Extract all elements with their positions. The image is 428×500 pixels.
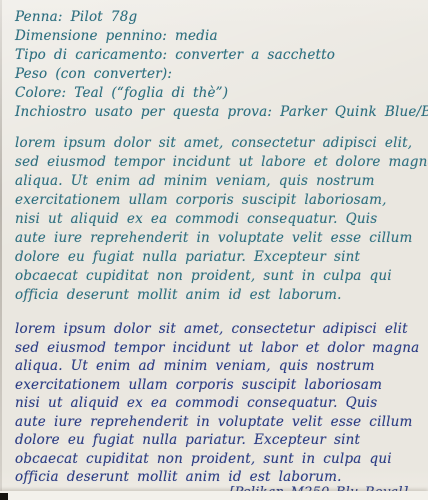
pen-info-line-weight: Peso (con converter): [15,65,420,84]
pen-info-line-pen: Penna: Pilot 78g [15,8,420,27]
pen-info-line-nib-size: Dimensione pennino: media [15,27,420,46]
teal-sample-line: aute iure reprehenderit in voluptate vel… [15,229,420,248]
blue-sample-line: exercitationem ullam corporis suscipit l… [15,376,420,395]
pen-info-line-color: Colore: Teal (“foglia di thè”) [15,84,420,103]
teal-sample-line: obcaecat cupiditat non proident, sunt in… [15,267,420,286]
teal-sample-line: lorem ipsum dolor sit amet, consectetur … [15,134,420,153]
teal-sample-line: exercitationem ullam corporis suscipit l… [15,191,420,210]
blue-sample-line: aute iure reprehenderit in voluptate vel… [15,413,420,432]
teal-sample-line: dolore eu fugiat nulla pariatur. Excepte… [15,248,420,267]
scan-corner-mark [0,493,8,500]
pen-info-line-ink-used: Inchiostro usato per questa prova: Parke… [15,103,420,122]
blue-sample-line: aliqua. Ut enim ad minim veniam, quis no… [15,357,420,376]
pen-info-block: Penna: Pilot 78g Dimensione pennino: med… [15,8,420,122]
teal-sample-line: aliqua. Ut enim ad minim veniam, quis no… [15,172,420,191]
pen-info-line-filling-system: Tipo di caricamento: converter a sacchet… [15,46,420,65]
scan-edge-left [0,0,2,500]
blue-sample-line: dolore eu fugiat nulla pariatur. Excepte… [15,431,420,450]
writing-sample-teal-ink: lorem ipsum dolor sit amet, consectetur … [15,134,420,305]
scan-edge-bottom [0,491,428,500]
blue-sample-line: nisi ut aliquid ex ea commodi consequatu… [15,394,420,413]
blue-sample-line: obcaecat cupiditat non proident, sunt in… [15,450,420,469]
teal-sample-line: officia deserunt mollit anim id est labo… [15,286,420,305]
blue-sample-line: lorem ipsum dolor sit amet, consectetur … [15,320,420,339]
writing-sample-blue-ink: lorem ipsum dolor sit amet, consectetur … [15,320,420,500]
blue-sample-line: sed eiusmod tempor incidunt ut labor et … [15,339,420,358]
handwritten-pen-test-sheet: Penna: Pilot 78g Dimensione pennino: med… [0,0,428,500]
teal-sample-line: nisi ut aliquid ex ea commodi consequatu… [15,210,420,229]
teal-sample-line: sed eiusmod tempor incidunt ut labore et… [15,153,420,172]
